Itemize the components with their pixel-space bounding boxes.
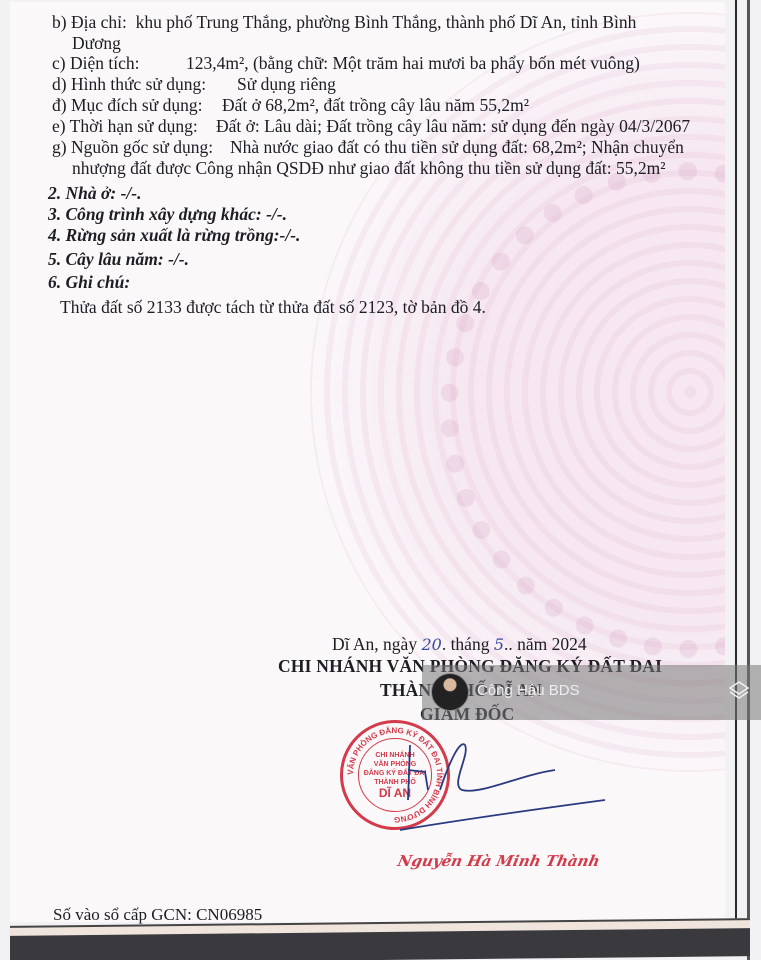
section-value: -/-.: [121, 183, 142, 203]
usage-form-row: d) Hình thức sử dụng:Sử dụng riêng: [52, 74, 336, 94]
page-border: [735, 0, 737, 948]
page-border-outer: [747, 0, 750, 960]
section-forest: 4. Rừng sản xuất là rừng trồng:-/-.: [48, 225, 300, 245]
signer-name: Nguyễn Hà Minh Thành: [396, 852, 601, 870]
address-row: b) Địa chỉ: khu phố Trung Thắng, phường …: [52, 12, 636, 32]
poster-name[interactable]: Công Hậu BDS: [477, 682, 580, 699]
usage-purpose-row: đ) Mục đích sử dụng:Đất ở 68,2m², đất tr…: [52, 95, 529, 115]
section-value: -/-.: [280, 225, 301, 245]
usage-term-value: Đất ở: Lâu dài; Đất trồng cây lâu năm: s…: [216, 116, 690, 136]
poster-overlay[interactable]: [422, 665, 761, 720]
area-value: 123,4m², (bằng chữ: Một trăm hai mươi ba…: [186, 53, 640, 73]
origin-value: Nhà nước giao đất có thu tiền sử dụng đấ…: [230, 137, 684, 157]
area-label: c) Diện tích:: [52, 53, 186, 73]
section-value: -/-.: [266, 204, 287, 224]
section-other-construction: 3. Công trình xây dựng khác: -/-.: [48, 204, 287, 224]
section-label: 5. Cây lâu năm:: [48, 249, 164, 269]
section-value: -/-.: [168, 249, 189, 269]
area-row: c) Diện tích:123,4m², (bằng chữ: Một tră…: [52, 53, 640, 73]
date-month: 5: [494, 635, 504, 654]
section-label: 6. Ghi chú:: [48, 272, 130, 292]
section-perennial: 5. Cây lâu năm: -/-.: [48, 249, 189, 269]
usage-form-value: Sử dụng riêng: [237, 74, 336, 94]
usage-purpose-label: đ) Mục đích sử dụng:: [52, 95, 222, 115]
issue-date: Dĩ An, ngày 20. tháng 5.. năm 2024: [332, 634, 587, 655]
origin-label: g) Nguồn gốc sử dụng:: [52, 137, 230, 157]
origin-cont: nhượng đất được Công nhận QSDĐ như giao …: [72, 158, 665, 178]
section-label: 3. Công trình xây dựng khác:: [48, 204, 262, 224]
section-label: 2. Nhà ở:: [48, 183, 116, 203]
date-day: 20: [421, 635, 441, 654]
section-notes: 6. Ghi chú:: [48, 272, 130, 292]
gcn-number: Số vào sổ cấp GCN: CN06985: [53, 905, 262, 925]
date-year: năm 2024: [517, 634, 587, 654]
user-avatar-icon[interactable]: [431, 673, 469, 711]
note-text: Thửa đất số 2133 được tách từ thửa đất s…: [60, 297, 486, 317]
date-place: Dĩ An, ngày: [332, 634, 417, 654]
address-value: khu phố Trung Thắng, phường Bình Thắng, …: [136, 12, 637, 32]
address-label: b) Địa chỉ:: [52, 12, 127, 32]
date-month-label: tháng: [451, 634, 490, 654]
usage-term-label: e) Thời hạn sử dụng:: [52, 116, 216, 136]
signature-icon: [380, 730, 610, 850]
section-house: 2. Nhà ở: -/-.: [48, 183, 142, 203]
origin-row: g) Nguồn gốc sử dụng:Nhà nước giao đất c…: [52, 137, 684, 157]
section-label: 4. Rừng sản xuất là rừng trồng:: [48, 225, 280, 245]
address-cont: Dương: [72, 33, 121, 53]
layers-icon[interactable]: [728, 680, 750, 702]
usage-purpose-value: Đất ở 68,2m², đất trồng cây lâu năm 55,2…: [222, 95, 529, 115]
usage-form-label: d) Hình thức sử dụng:: [52, 74, 237, 94]
usage-term-row: e) Thời hạn sử dụng:Đất ở: Lâu dài; Đất …: [52, 116, 690, 136]
